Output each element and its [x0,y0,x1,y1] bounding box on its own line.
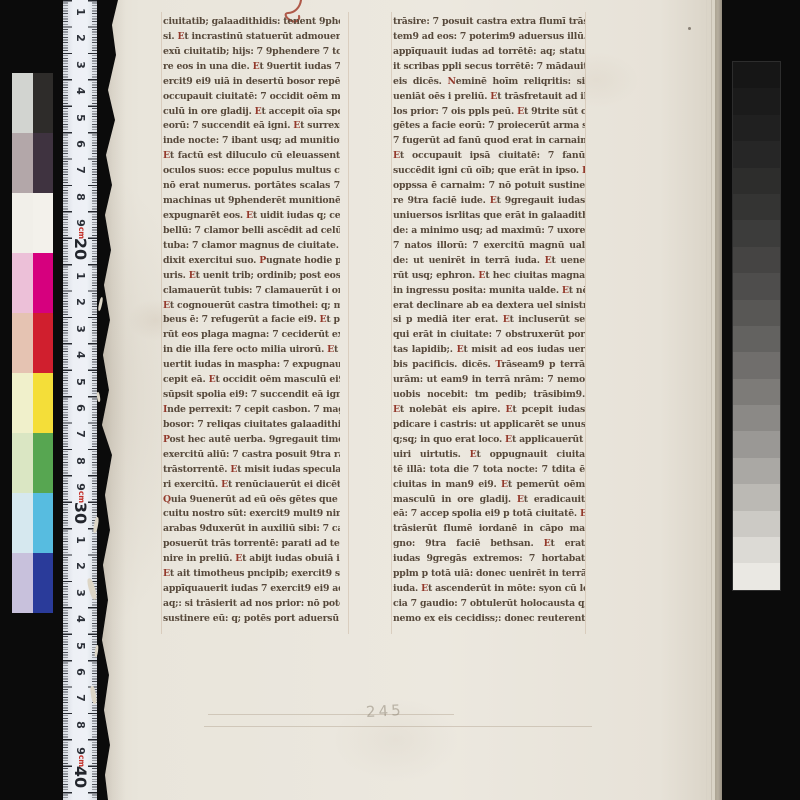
rubricated-capital: E [580,508,585,519]
ink-speck [688,27,691,30]
rubricated-capital: E [470,449,477,460]
rubricated-capital: E [562,285,569,296]
ruling-line-horizontal [204,726,592,727]
rubricated-capital: E [230,464,237,475]
manuscript-page: ciuitatib; galaadithidis: tenent 9phesi.… [96,0,722,800]
manuscript-text-line: uris. Et uenit trib; ordinib; post eos. … [163,269,340,284]
rubricated-capital: E [177,31,184,42]
grayscale-step [733,168,780,194]
manuscript-text-line: eorū: 7 succendit eā igni. Et surrexerūt [163,119,340,134]
rubricated-capital: N [447,76,455,87]
color-patch [33,553,53,613]
parchment-fiber [96,392,100,402]
ruler-number: 4 [74,347,88,363]
color-patch [33,493,53,553]
ruler-number: 3 [74,585,88,601]
rubricated-capital: E [320,314,327,325]
ruling-line [348,12,349,634]
manuscript-text-line: inde nocte: 7 ibant usq; ad munitionē. [163,134,340,149]
ruler-cm-ticks-right [88,0,97,800]
color-patch [12,433,33,493]
ruler-number: 7 [74,690,88,706]
rubricated-capital: E [457,344,464,355]
rubricated-capital: E [505,434,512,445]
color-patch [12,553,33,613]
ruling-line-horizontal [208,714,454,715]
folio-number: 245 [366,701,405,721]
rubricated-capital: E [246,210,253,221]
manuscript-text-line: nire in preliū. Et abijt iudas obuiā ill… [163,552,340,567]
manuscript-text-line: iudas 9gregās extremos: 7 hortabat [393,552,585,567]
manuscript-text-line: erat declinare ab ea dextera uel sinistr… [393,299,585,314]
rubricated-capital: E [163,300,170,311]
manuscript-text-line: si p mediā iter erat. Et incluserūt se [393,313,585,328]
rubricated-capital: E [393,150,400,161]
parchment-fiber [94,645,99,657]
manuscript-text-line: urām: ut eam9 in terrā nrām: 7 nemo [393,373,585,388]
manuscript-text-line: 7 fugerūt ad fanū quod erat in carnaim. [393,134,585,149]
parchment-fiber [98,297,104,311]
ruler-number: 5 [74,638,88,654]
ruler-number: 5 [74,374,88,390]
ruler-number: 8 [74,717,88,733]
rubricated-capital: E [189,270,196,281]
ruling-line [585,12,586,634]
manuscript-text-line: ri exercitū. Et renūciauerūt ei dicētes. [163,478,340,493]
ruling-line [391,12,392,634]
manuscript-text-line: de: ut uenirēt in terrā iuda. Et uene [393,254,585,269]
grayscale-step [733,352,780,378]
rubricated-capital: E [163,150,170,161]
manuscript-text-line: appīquauerit iudas 7 exercit9 ei9 ad tor… [163,582,340,597]
manuscript-text-line: Et ait timotheus pncipib; exercit9 sui. … [163,567,340,582]
manuscript-text-line: beus ē: 7 refugerūt a facie ei9. Et pcus… [163,313,340,328]
manuscript-text-line: tē illā: tota die 7 tota nocte: 7 tdita … [393,463,585,478]
grayscale-step [733,537,780,563]
grayscale-step [733,405,780,431]
page-edge-lines [700,0,722,800]
grayscale-step [733,458,780,484]
ruler-number: 2 [74,30,88,46]
manuscript-text-line: oculos suos: ecce populus multus cui9 [163,164,340,179]
rubricated-capital: E [221,479,228,490]
rubricated-capital: E [490,195,497,206]
color-patch-row [12,133,53,193]
manuscript-text-line: occupauit ciuitatē: 7 occidit oēm mas [163,90,340,105]
manuscript-text-line: appīquauit iudas ad torrētē: aq; statu [393,45,585,60]
ruler-number: 8 [74,189,88,205]
color-patch [12,373,33,433]
rubricated-capital: E [209,374,216,385]
rubricated-capital: E [545,255,552,266]
manuscript-text-line: iuda. Et ascenderūt in mōte: syon cū let… [393,582,585,597]
color-patch-row [12,373,53,433]
manuscript-text-line: ciuitas in man9 ei9. Et pemerūt oēm [393,478,585,493]
manuscript-text-line: succēdit igni cū oīb; que erāt in ipso. … [393,164,585,179]
rubricated-capital: E [253,61,260,72]
manuscript-text-line: uobis nocebit: tm pedib; trāsibim9. [393,388,585,403]
rubricated-capital: E [393,404,400,415]
manuscript-text-line: si. Et incrastinū statuerūt admouere [163,30,340,45]
rubricated-capital: E [235,553,242,564]
ruler-number: 4 [74,611,88,627]
manuscript-text-line: tas lapidib;. Et misit ad eos iudas uer [393,343,585,358]
rubricated-capital: T [495,359,501,370]
manuscript-text-line: cuitu nostro sūt: exercit9 mult9 nimis. … [163,507,340,522]
ruler-unit-label: cm [77,490,87,504]
manuscript-text-line: Et nolebāt eis apire. Et pcepit iudas [393,403,585,418]
manuscript-text-line: culū in ore gladij. Et accepit oīa spoli… [163,105,340,120]
ruler-number: 6 [74,400,88,416]
grayscale-step [733,300,780,326]
manuscript-text-line: sūpsit spolia ei9: 7 succendit eā igni. [163,388,340,403]
manuscript-text-line: exū ciuitatib; hijs: 7 9phendere 7 tolle [163,45,340,60]
color-patch-row [12,493,53,553]
color-patch [12,253,33,313]
grayscale-step [733,326,780,352]
rubricated-capital: E [293,120,300,131]
grayscale-step [733,431,780,457]
color-patch [33,193,53,253]
manuscript-text-line: it scribas ppli secus torrētē: 7 mādauit [393,60,585,75]
manuscript-text-line: gno: 9tra faciē bethsan. Et erat [393,537,585,552]
ruler-number: 30 [74,503,88,523]
manuscript-text-line: in ingressu posita: munita ualde. Et nō [393,284,585,299]
manuscript-text-line: re 9tra faciē iude. Et 9gregauit iudas [393,194,585,209]
color-patch [33,313,53,373]
deckle-edge-shadow [96,0,126,800]
manuscript-text-line: gētes a facie eorū: 7 proiecerūt arma su… [393,119,585,134]
manuscript-text-line: oppssa ē carnaim: 7 nō potuit sustine [393,179,585,194]
color-patch [33,73,53,133]
manuscript-text-line: machinas ut 9phenderēt munitionē: 7 [163,194,340,209]
manuscript-text-line: posuerūt trās torrentē: parati ad te ue [163,537,340,552]
manuscript-text-line: rūt usq; ephron. Et hec ciuitas magna [393,269,585,284]
manuscript-text-line: rūt eos plaga magna: 7 ceciderūt ex eis [163,328,340,343]
ruler-number: 1 [74,268,88,284]
manuscript-text-line: ciuitatib; galaadithidis: tenent 9phe [163,15,340,30]
manuscript-text-line: re eos in una die. Et 9uertit iudas 7 ex [163,60,340,75]
rubricated-capital: E [327,344,334,355]
ruler-number: 6 [74,664,88,680]
manuscript-text-line: expugnarēt eos. Et uidit iudas q; cepit [163,209,340,224]
ruler: 12345678920cm12345678930cm12345678940cm [63,0,97,800]
color-patch-row [12,73,53,133]
rubricated-capital: E [255,106,262,117]
manuscript-text-line: trāstorrentē. Et misit iudas specula [163,463,340,478]
rubricated-capital: E [478,270,485,281]
manuscript-text-line: los prior: 7 ois ppls peū. Et 9trite sūt… [393,105,585,120]
manuscript-text-line: sustinere eū: q; potēs port aduersū nos.… [163,612,340,627]
manuscript-text-line: masculū in ore gladij. Et eradicauit [393,493,585,508]
manuscript-text-line: eā: 7 accep spolia ei9 p totā ciuitatē. … [393,507,585,522]
rubricated-capital: E [501,479,508,490]
manuscript-text-line: bis pacificis. dicēs. Trāseam9 p terrā [393,358,585,373]
manuscript-text-line: tuba: 7 clamor magnus de ciuitate. 7 [163,239,340,254]
manuscript-text-line: nemo ex eis cecidiss;: donec reuterent i… [393,612,585,627]
ruler-number: 3 [74,321,88,337]
grayscale-step [733,247,780,273]
rubricated-capital: E [490,91,497,102]
ruler-cm-ticks-left [63,0,72,800]
ruler-unit-label: cm [77,226,87,240]
ruler-number: 8 [74,453,88,469]
color-patch [33,253,53,313]
color-patch-row [12,253,53,313]
manuscript-text-line: bellū: 7 clamor belli ascēdit ad celū si… [163,224,340,239]
manuscript-text-line: pdicare i castris: ut applicarēt se unus [393,418,585,433]
manuscript-text-line: in die illa fere octo milia uirorū. Et d… [163,343,340,358]
color-calibration-strip [12,73,53,613]
manuscript-text-line: aq;: si trāsierit ad nos prior: nō poter… [163,597,340,612]
color-patch [33,433,53,493]
manuscript-text-line: q;sq; in quo erat loco. Et applicauerūt … [393,433,585,448]
manuscript-text-line: ercit9 ei9 uiā in desertū bosor repēte: … [163,75,340,90]
ruler-number: 2 [74,294,88,310]
ruler-number: 1 [74,532,88,548]
rubricated-capital: E [163,568,170,579]
grayscale-step [733,88,780,114]
manuscript-text-line: trāsire: 7 posuit castra extra flumī trā… [393,15,585,30]
ruler-number: 20 [74,239,88,259]
ruler-unit-label: cm [77,754,87,768]
color-patch-row [12,313,53,373]
manuscript-text-line: 7 natos illorū: 7 exercitū magnū ual [393,239,585,254]
manuscript-text-line: qui erāt in ciuitate: 7 obstruxerūt por [393,328,585,343]
grayscale-step [733,62,780,88]
grayscale-step [733,115,780,141]
photo-stage: 12345678920cm12345678930cm12345678940cm … [0,0,800,800]
rubricated-capital: I [163,404,167,415]
grayscale-step [733,141,780,167]
manuscript-text-line: Quia 9uenerūt ad eū oēs gētes que in cir [163,493,340,508]
manuscript-text-line: Et occupauit ipsā ciuitatē: 7 fanū [393,149,585,164]
manuscript-text-line: tem9 ad eos: 7 poterim9 aduersus illū. V… [393,30,585,45]
color-patch [33,373,53,433]
ruler-number: 3 [74,57,88,73]
color-patch [33,133,53,193]
manuscript-text-line: trāsierūt flumē iordanē in cāpo ma [393,522,585,537]
rubricated-capital: P [259,255,266,266]
color-patch [12,313,33,373]
manuscript-text-line: bosor: 7 reliqas ciuitates galaadithidis… [163,418,340,433]
manuscript-text-line: Et cognouerūt castra timothei: q; macha [163,299,340,314]
ruler-number: 4 [74,83,88,99]
ruler-number: 6 [74,136,88,152]
ruler-number: 7 [74,162,88,178]
grayscale-step [733,563,780,589]
rubricated-capital: E [582,165,585,176]
ruler-number: 5 [74,110,88,126]
color-patch-row [12,193,53,253]
ruler-number: 7 [74,426,88,442]
manuscript-text-line: uertit iudas in maspha: 7 expugnauit 7 [163,358,340,373]
manuscript-text-line: eis dicēs. Neminē hoīm reliqritis: si [393,75,585,90]
rubricated-capital: E [544,538,551,549]
rubricated-capital: E [503,314,510,325]
rubricated-capital: E [517,494,524,505]
text-column-2: trāsire: 7 posuit castra extra flumī trā… [393,15,585,627]
manuscript-text-line: cia 7 gaudio: 7 obtulerūt holocausta q; [393,597,585,612]
color-patch [12,133,33,193]
ruling-line [161,12,162,634]
color-patch [12,73,33,133]
manuscript-text-line: nō erat numerus. portātes scalas 7 [163,179,340,194]
manuscript-text-line: arabas 9duxerūt in auxiliū sibi: 7 castr… [163,522,340,537]
color-patch [12,193,33,253]
grayscale-step [733,484,780,510]
color-patch-row [12,553,53,613]
grayscale-step [733,220,780,246]
rubricated-capital: Q [163,494,171,505]
manuscript-text-line: clamauerūt tubis: 7 clamauerūt i oroē. [163,284,340,299]
manuscript-text-line: ueniāt oēs i preliū. Et trāsfretauit ad … [393,90,585,105]
rubricated-capital: E [421,583,428,594]
color-patch-row [12,433,53,493]
color-patch [12,493,33,553]
manuscript-text-line: cepit eā. Et occidit oēm masculū ei9: 7 [163,373,340,388]
manuscript-text-line: Inde perrexit: 7 cepit casbon. 7 mageth.… [163,403,340,418]
manuscript-text-line: uniuersos isrlitas que erāt in galaadith… [393,209,585,224]
manuscript-text-line: pplm p totā uiā: donec uenirēt in terrā [393,567,585,582]
manuscript-text-line: Post hec autē uerba. 9gregauit timotheus [163,433,340,448]
grayscale-step [733,379,780,405]
text-column-1: ciuitatib; galaadithidis: tenent 9phesi.… [163,15,340,627]
grayscale-calibration-strip [733,62,780,590]
manuscript-text-line: Et factū est diluculo cū eleuassent [163,149,340,164]
rubricated-capital: E [517,106,524,117]
manuscript-text-line: dixit exercitui suo. Pugnate hodie p fri… [163,254,340,269]
grayscale-step [733,273,780,299]
manuscript-text-line: uiri uirtutis. Et oppugnauit ciuita [393,448,585,463]
manuscript-text-line: exercitū aliū: 7 castra posuit 9tra raph… [163,448,340,463]
ruler-number: 40 [74,767,88,787]
ruler-number: 1 [74,4,88,20]
ruler-number: 2 [74,558,88,574]
manuscript-text-line: de: a minimo usq; ad maximū: 7 uxores [393,224,585,239]
rubricated-capital: E [505,404,512,415]
grayscale-step [733,511,780,537]
grayscale-step [733,194,780,220]
rubricated-capital: P [163,434,170,445]
